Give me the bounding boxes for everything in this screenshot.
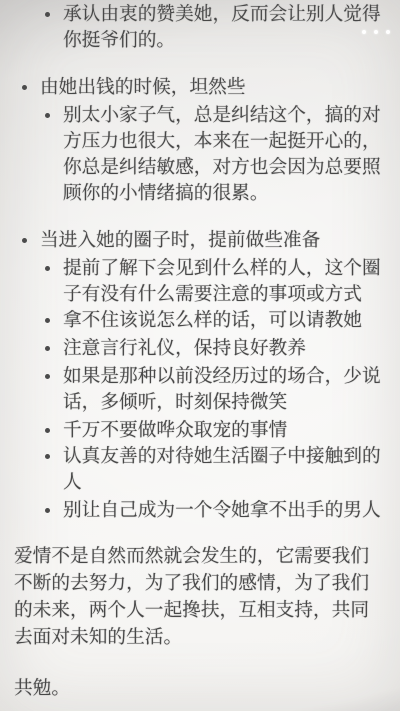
bullet-icon bbox=[37, 335, 63, 361]
list-item-text: 当进入她的圈子时，提前做些准备 bbox=[40, 227, 390, 253]
list-item: 千万不要做哗众取宠的事情 bbox=[37, 417, 390, 443]
notes-text-block: 承认由衷的赞美她，反而会让别人觉得你挺爷们的。 由她出钱的时候，坦然些 别太小家… bbox=[0, 0, 400, 701]
list-item-text: 拿不住该说怎么样的话，可以请教她 bbox=[63, 307, 390, 333]
bullet-icon bbox=[14, 74, 40, 100]
more-options-icon[interactable] bbox=[362, 30, 390, 34]
dot bbox=[374, 30, 378, 34]
bullet-icon bbox=[37, 443, 63, 469]
list-item: 别太小家子气，总是纠结这个，搞的对方压力也很大，本来在一起挺开心的，你总是纠结敏… bbox=[37, 102, 390, 206]
bullet-icon bbox=[37, 102, 63, 128]
list-item: 当进入她的圈子时，提前做些准备 bbox=[14, 227, 390, 253]
dot bbox=[386, 30, 390, 34]
list-item-text: 由她出钱的时候，坦然些 bbox=[40, 74, 390, 100]
list-item: 注意言行礼仪，保持良好教养 bbox=[37, 335, 390, 361]
bullet-icon bbox=[37, 363, 63, 389]
bullet-icon bbox=[14, 227, 40, 253]
list-item: 别让自己成为一个令她拿不出手的男人 bbox=[37, 497, 390, 523]
note-page: 承认由衷的赞美她，反而会让别人觉得你挺爷们的。 由她出钱的时候，坦然些 别太小家… bbox=[0, 0, 400, 711]
list-item-text: 承认由衷的赞美她，反而会让别人觉得你挺爷们的。 bbox=[63, 1, 390, 53]
list-item-text: 注意言行礼仪，保持良好教养 bbox=[63, 335, 390, 361]
list-item-text: 千万不要做哗众取宠的事情 bbox=[63, 417, 390, 443]
dot bbox=[362, 30, 366, 34]
list-item: 如果是那种以前没经历过的场合，少说话，多倾听，时刻保持微笑 bbox=[37, 363, 390, 415]
bullet-icon bbox=[37, 417, 63, 443]
list-item-text: 提前了解下会见到什么样的人，这个圈子有没有什么需要注意的事项或方式 bbox=[63, 255, 390, 307]
list-item-text: 别太小家子气，总是纠结这个，搞的对方压力也很大，本来在一起挺开心的，你总是纠结敏… bbox=[63, 102, 390, 206]
list-item: 拿不住该说怎么样的话，可以请教她 bbox=[37, 307, 390, 333]
list-item-text: 别让自己成为一个令她拿不出手的男人 bbox=[63, 497, 390, 523]
bullet-icon bbox=[37, 1, 63, 27]
closing-paragraph: 爱情不是自然而然就会发生的，它需要我们不断的去努力，为了我们的感情，为了我们的未… bbox=[14, 542, 380, 650]
list-item-text: 认真友善的对待她生活圈子中接触到的人 bbox=[63, 443, 390, 495]
list-item-text: 如果是那种以前没经历过的场合，少说话，多倾听，时刻保持微笑 bbox=[63, 363, 390, 415]
list-item: 认真友善的对待她生活圈子中接触到的人 bbox=[37, 443, 390, 495]
list-item: 承认由衷的赞美她，反而会让别人觉得你挺爷们的。 bbox=[37, 1, 390, 53]
signoff-text: 共勉。 bbox=[14, 674, 380, 701]
list-item: 提前了解下会见到什么样的人，这个圈子有没有什么需要注意的事项或方式 bbox=[37, 255, 390, 307]
bullet-icon bbox=[37, 497, 63, 523]
list-item: 由她出钱的时候，坦然些 bbox=[14, 74, 390, 100]
bullet-icon bbox=[37, 307, 63, 333]
bullet-icon bbox=[37, 255, 63, 281]
